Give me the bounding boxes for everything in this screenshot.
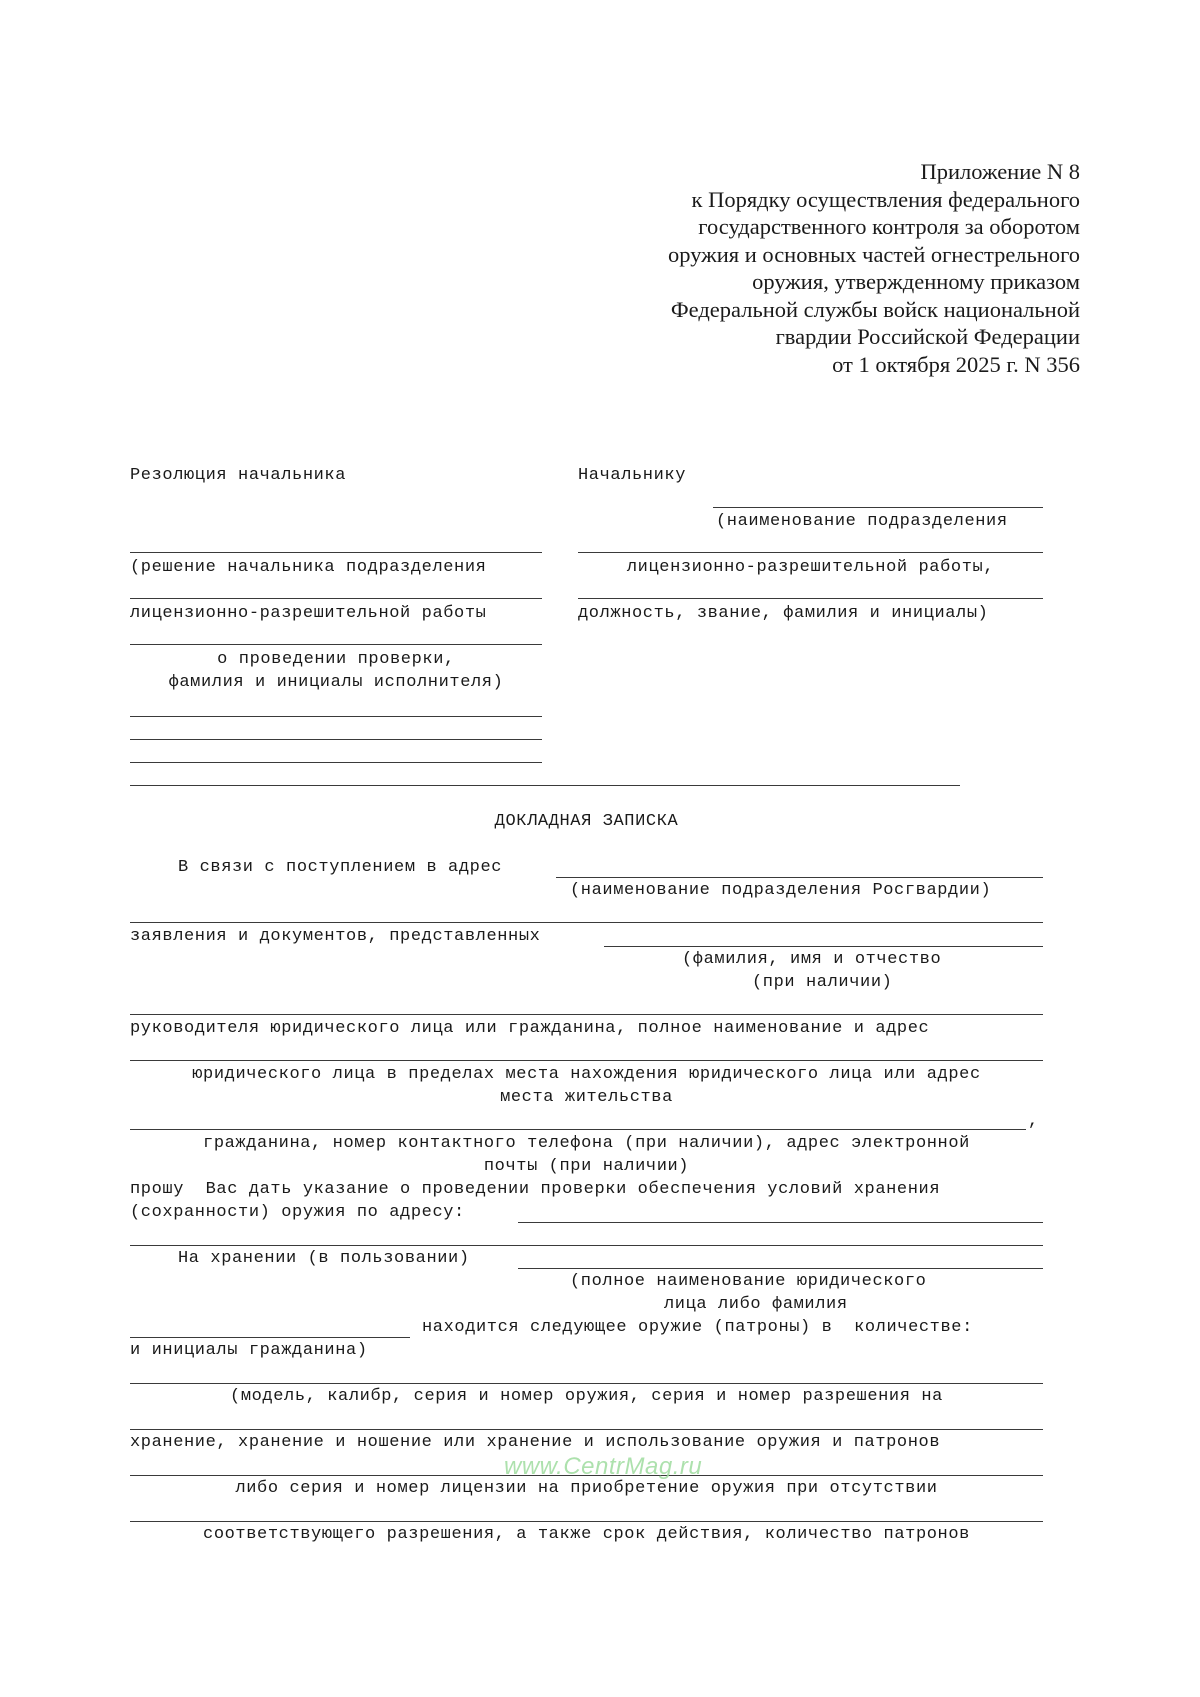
resolution-caption: (решение начальника подразделения	[130, 558, 486, 577]
field-caption: юридического лица в пределах места нахож…	[130, 1065, 1043, 1084]
field-caption: хранение, хранение и ношение или хранени…	[130, 1433, 940, 1452]
addressee-field-line[interactable]	[578, 598, 1043, 599]
recipient-unit-field[interactable]	[556, 877, 1043, 878]
resolution-title: Резолюция начальника	[130, 466, 346, 485]
resolution-caption: о проведении проверки,	[130, 650, 542, 669]
addressee-field-line[interactable]	[713, 507, 1043, 508]
field-caption: гражданина, номер контактного телефона (…	[130, 1134, 1043, 1153]
weapon-details-field[interactable]	[130, 1521, 1043, 1522]
resolution-field-line[interactable]	[130, 552, 542, 553]
addressee-caption: лицензионно-разрешительной работы,	[578, 558, 1043, 577]
field-caption: (модель, калибр, серия и номер оружия, с…	[130, 1387, 1043, 1406]
memo-title: ДОКЛАДНАЯ ЗАПИСКА	[130, 812, 1043, 831]
memo-text: заявления и документов, представленных	[130, 927, 540, 946]
memo-text: прошу Вас дать указание о проведении про…	[130, 1180, 940, 1199]
header-line: Приложение N 8	[668, 158, 1080, 186]
field-caption: (фамилия, имя и отчество	[682, 950, 941, 969]
addressee-caption: должность, звание, фамилия и инициалы)	[578, 604, 988, 623]
header-line: к Порядку осуществления федерального	[668, 186, 1080, 214]
comma-mark: ,	[1028, 1112, 1039, 1131]
applicant-address-field[interactable]	[130, 1060, 1043, 1061]
weapon-details-field[interactable]	[130, 1383, 1043, 1384]
header-line: государственного контроля за оборотом	[668, 213, 1080, 241]
field-caption: руководителя юридического лица или гражд…	[130, 1019, 929, 1038]
header-line: оружия, утвержденному приказом	[668, 268, 1080, 296]
resolution-field-line[interactable]	[130, 644, 542, 645]
storage-address-field[interactable]	[518, 1222, 1043, 1223]
recipient-unit-field[interactable]	[130, 922, 1043, 923]
watermark: www.CentrMag.ru	[504, 1453, 702, 1481]
memo-text: находится следующее оружие (патроны) в к…	[422, 1318, 973, 1337]
weapon-details-field[interactable]	[130, 1429, 1043, 1430]
field-caption: лица либо фамилия	[664, 1295, 848, 1314]
holder-name-field[interactable]	[518, 1268, 1043, 1269]
addressee-title: Начальнику	[578, 466, 686, 485]
applicant-name-field[interactable]	[130, 1014, 1043, 1015]
field-caption: соответствующего разрешения, а также сро…	[130, 1525, 1043, 1544]
header-line: Федеральной службы войск национальной	[668, 296, 1080, 324]
resolution-field-line[interactable]	[130, 598, 542, 599]
holder-name-field[interactable]	[130, 1337, 410, 1338]
header-line: оружия и основных частей огнестрельного	[668, 241, 1080, 269]
applicant-name-field[interactable]	[604, 946, 1043, 947]
resolution-field-line[interactable]	[130, 716, 542, 717]
field-caption: места жительства	[130, 1088, 1043, 1107]
field-caption: (наименование подразделения Росгвардии)	[570, 881, 991, 900]
field-caption: либо серия и номер лицензии на приобрете…	[130, 1479, 1043, 1498]
field-caption: почты (при наличии)	[130, 1157, 1043, 1176]
memo-text: На хранении (в пользовании)	[178, 1249, 470, 1268]
memo-text: (сохранности) оружия по адресу:	[130, 1203, 465, 1222]
resolution-field-line[interactable]	[130, 739, 542, 740]
field-caption: (при наличии)	[752, 973, 892, 992]
separator-line	[130, 785, 960, 786]
field-caption: (полное наименование юридического	[570, 1272, 926, 1291]
resolution-caption: лицензионно-разрешительной работы	[130, 604, 486, 623]
field-caption: и инициалы гражданина)	[130, 1341, 368, 1360]
appendix-header: Приложение N 8 к Порядку осуществления ф…	[668, 158, 1080, 378]
header-line: от 1 октября 2025 г. N 356	[668, 351, 1080, 379]
memo-text: В связи с поступлением в адрес	[178, 858, 502, 877]
resolution-field-line[interactable]	[130, 762, 542, 763]
applicant-contacts-field[interactable]	[130, 1129, 1026, 1130]
addressee-field-line[interactable]	[578, 552, 1043, 553]
resolution-caption: фамилия и инициалы исполнителя)	[130, 673, 542, 692]
storage-address-field[interactable]	[130, 1245, 1043, 1246]
addressee-caption: (наименование подразделения	[716, 512, 1008, 531]
header-line: гвардии Российской Федерации	[668, 323, 1080, 351]
